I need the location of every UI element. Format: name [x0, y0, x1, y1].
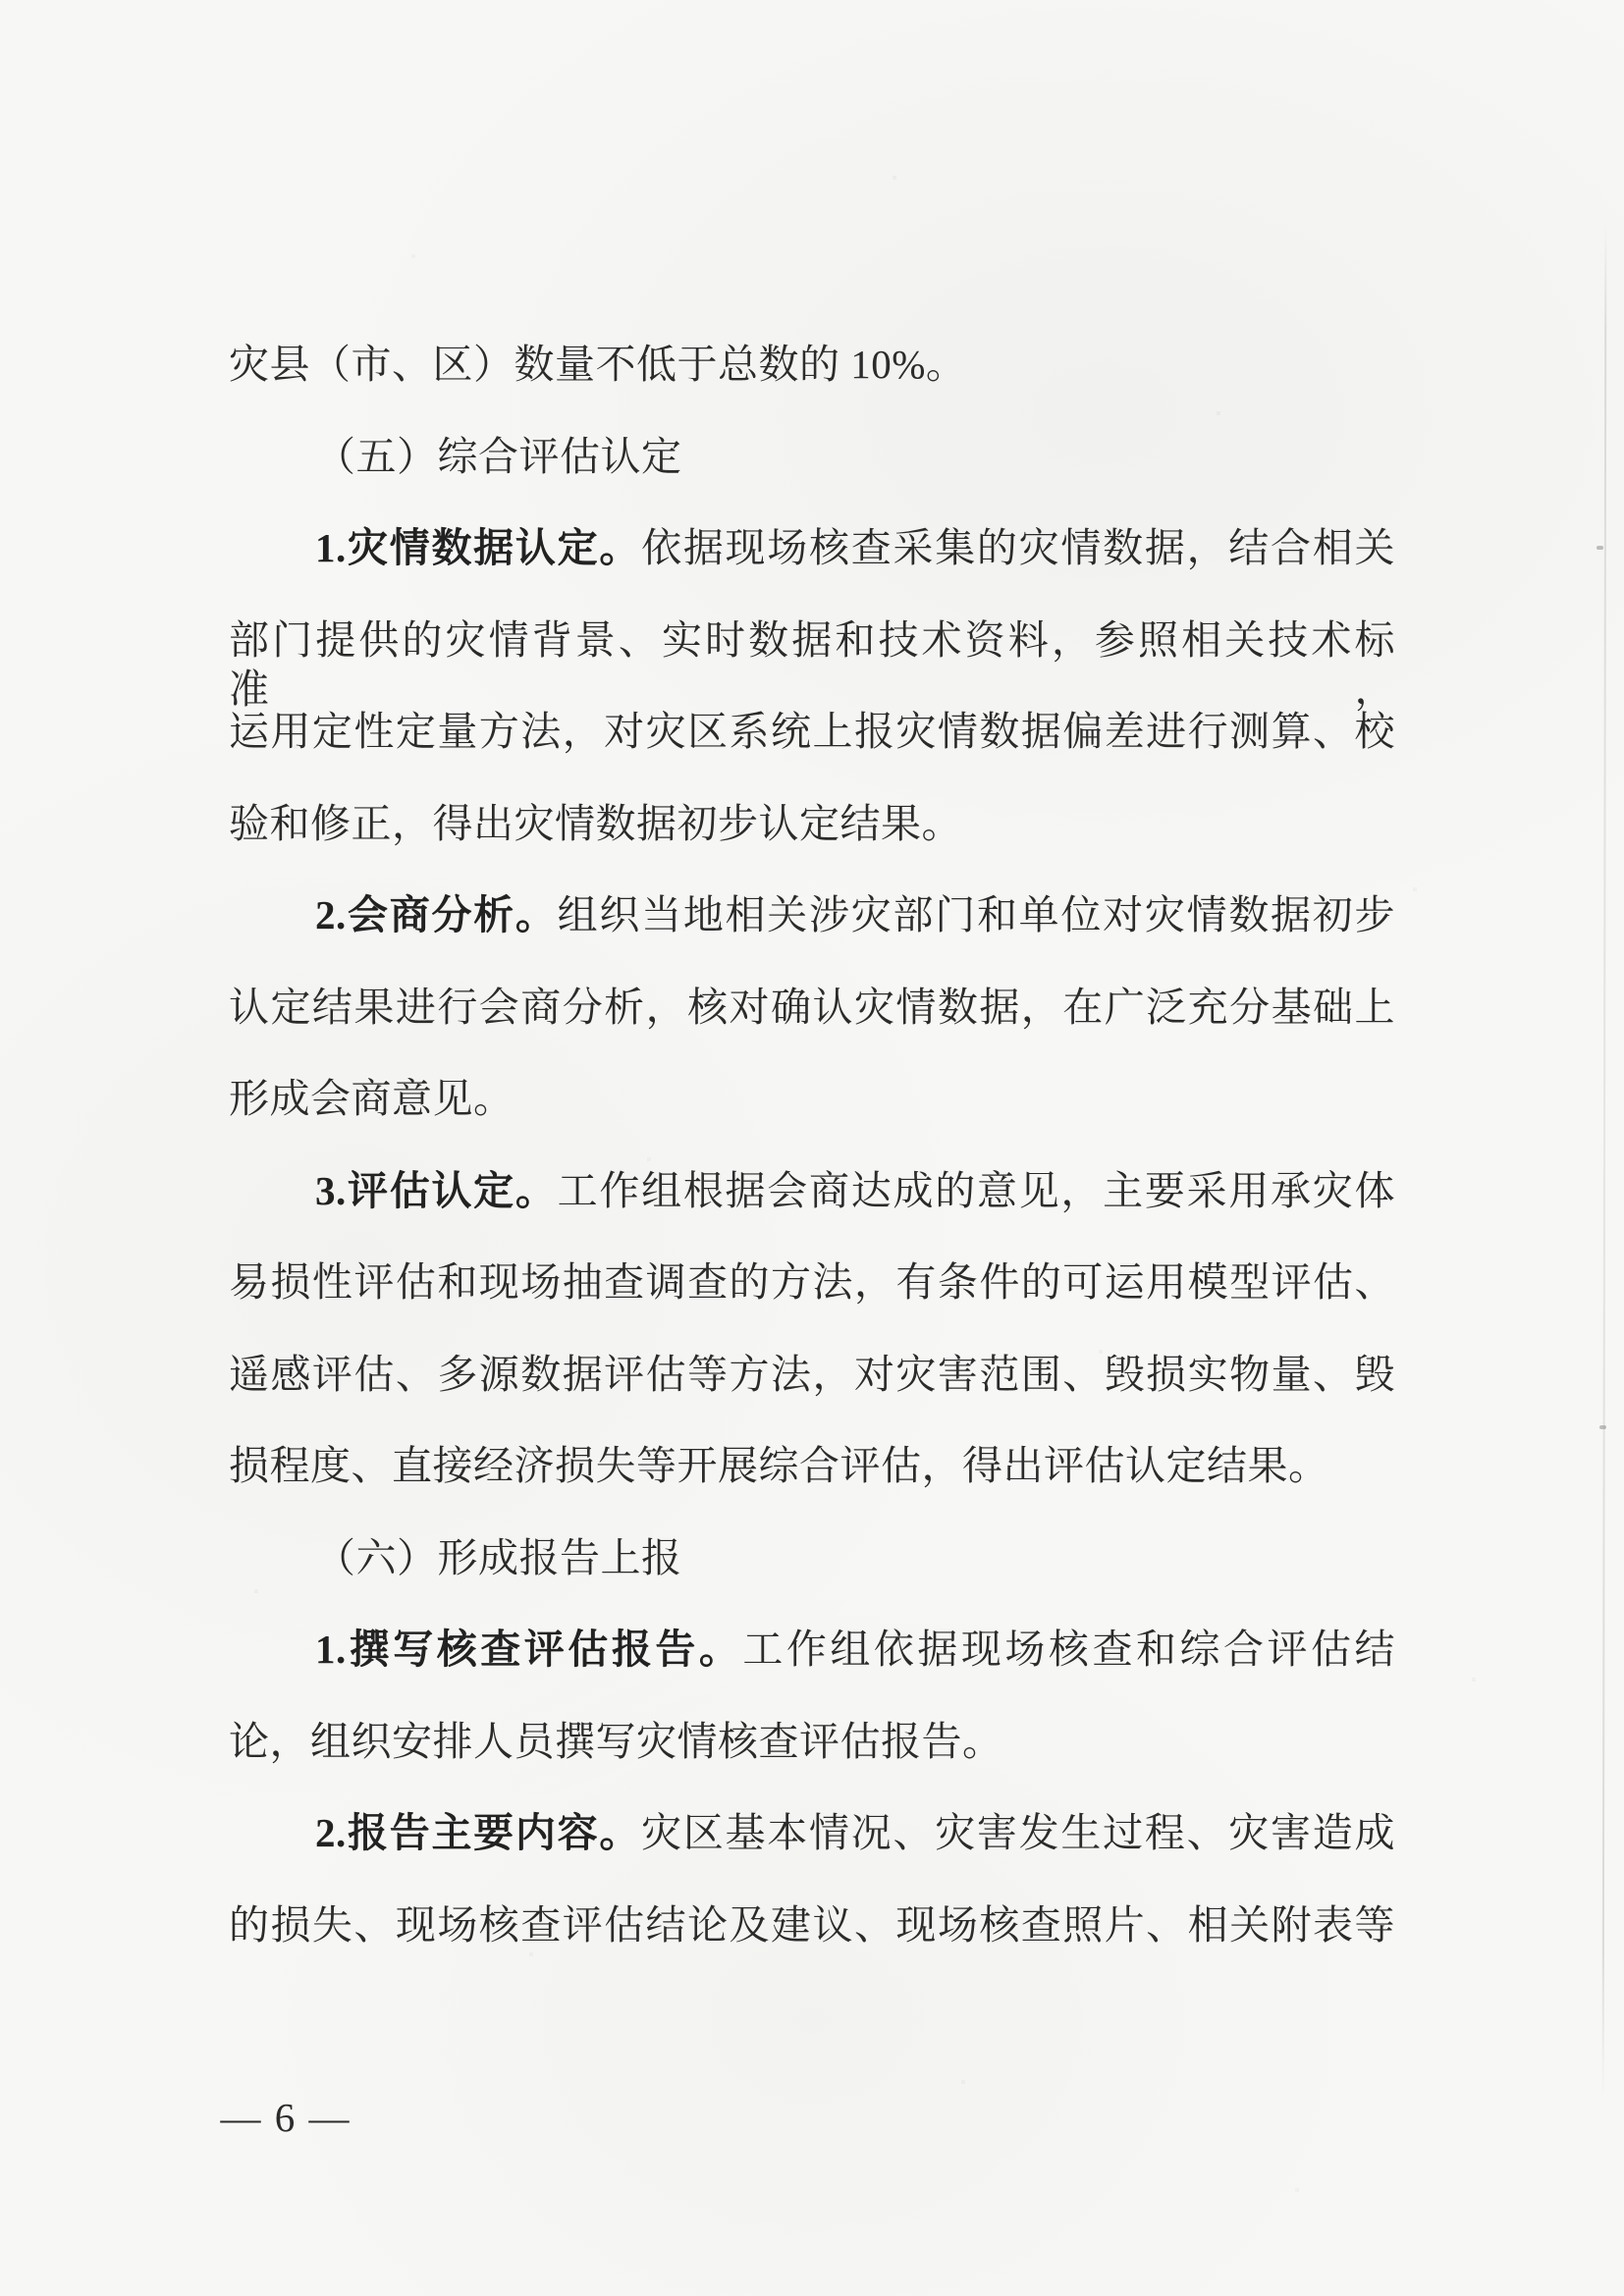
lead-in-bold: 2.会商分析。	[315, 892, 558, 937]
text-line: 形成会商意见。	[229, 1074, 1395, 1123]
lead-in-bold: 3.评估认定。	[315, 1168, 558, 1213]
scan-artifact	[1599, 1425, 1606, 1429]
text-line: 易损性评估和现场抽查调查的方法，有条件的可运用模型评估、	[229, 1257, 1395, 1307]
text-line: 验和修正，得出灾情数据初步认定结果。	[229, 799, 1395, 848]
text-segment: 的损失、现场核查评估结论及建议、现场核查照片、相关附表等	[229, 1902, 1395, 1948]
lead-in-bold: 2.报告主要内容。	[315, 1810, 641, 1855]
lead-in-bold: 1.灾情数据认定。	[315, 525, 641, 570]
text-segment: 形成会商意见。	[229, 1076, 514, 1121]
scan-noise	[0, 0, 2, 2]
text-line: 部门提供的灾情背景、实时数据和技术资料，参照相关技术标准，	[229, 615, 1395, 714]
text-segment: 灾县（市、区）数量不低于总数的 10%。	[229, 342, 966, 387]
text-segment: 损程度、直接经济损失等开展综合评估，得出评估认定结果。	[229, 1443, 1329, 1488]
text-line: 的损失、现场核查评估结论及建议、现场核查照片、相关附表等	[229, 1900, 1395, 1949]
section-heading: （五）综合评估认定	[229, 432, 1395, 481]
text-segment: 遥感评估、多源数据评估等方法，对灾害范围、毁损实物量、毁	[229, 1352, 1395, 1397]
text-segment: （五）综合评估认定	[315, 434, 682, 479]
text-segment: 论，组织安排人员撰写灾情核查评估报告。	[229, 1719, 1003, 1764]
text-segment: 易损性评估和现场抽查调查的方法，有条件的可运用模型评估、	[229, 1259, 1395, 1305]
text-line: 2.报告主要内容。灾区基本情况、灾害发生过程、灾害造成	[229, 1808, 1395, 1857]
page-number: — 6 —	[172, 2093, 400, 2142]
text-line: 损程度、直接经济损失等开展综合评估，得出评估认定结果。	[229, 1441, 1395, 1490]
text-line: 论，组织安排人员撰写灾情核查评估报告。	[229, 1717, 1395, 1766]
scanned-document-page: 灾县（市、区）数量不低于总数的 10%。（五）综合评估认定1.灾情数据认定。依据…	[0, 0, 1624, 2296]
lead-in-bold: 1.撰写核查评估报告。	[315, 1627, 742, 1672]
text-segment: 依据现场核查采集的灾情数据，结合相关	[641, 525, 1395, 570]
section-heading: （六）形成报告上报	[229, 1533, 1395, 1582]
text-block: 灾县（市、区）数量不低于总数的 10%。（五）综合评估认定1.灾情数据认定。依据…	[229, 340, 1395, 2008]
text-line: 认定结果进行会商分析，核对确认灾情数据，在广泛充分基础上	[229, 983, 1395, 1032]
text-line: 灾县（市、区）数量不低于总数的 10%。	[229, 340, 1395, 389]
text-line: 2.会商分析。组织当地相关涉灾部门和单位对灾情数据初步	[229, 890, 1395, 939]
text-line: 3.评估认定。工作组根据会商达成的意见，主要采用承灾体	[229, 1166, 1395, 1215]
scan-edge-line	[1602, 221, 1607, 2101]
text-segment: （六）形成报告上报	[315, 1535, 682, 1580]
text-segment: 灾区基本情况、灾害发生过程、灾害造成	[641, 1810, 1395, 1855]
text-segment: 部门提供的灾情背景、实时数据和技术资料，参照相关技术标准，	[229, 617, 1395, 712]
text-line: 1.撰写核查评估报告。工作组依据现场核查和综合评估结	[229, 1625, 1395, 1674]
text-line: 运用定性定量方法，对灾区系统上报灾情数据偏差进行测算、校	[229, 707, 1395, 756]
text-segment: 运用定性定量方法，对灾区系统上报灾情数据偏差进行测算、校	[229, 709, 1395, 754]
text-segment: 工作组根据会商达成的意见，主要采用承灾体	[558, 1168, 1395, 1213]
text-segment: 工作组依据现场核查和综合评估结	[742, 1627, 1395, 1672]
text-segment: 组织当地相关涉灾部门和单位对灾情数据初步	[558, 892, 1395, 937]
text-segment: 认定结果进行会商分析，核对确认灾情数据，在广泛充分基础上	[229, 985, 1395, 1030]
scan-artifact	[1597, 546, 1603, 550]
text-segment: 验和修正，得出灾情数据初步认定结果。	[229, 801, 962, 846]
text-line: 1.灾情数据认定。依据现场核查采集的灾情数据，结合相关	[229, 523, 1395, 572]
text-line: 遥感评估、多源数据评估等方法，对灾害范围、毁损实物量、毁	[229, 1350, 1395, 1399]
